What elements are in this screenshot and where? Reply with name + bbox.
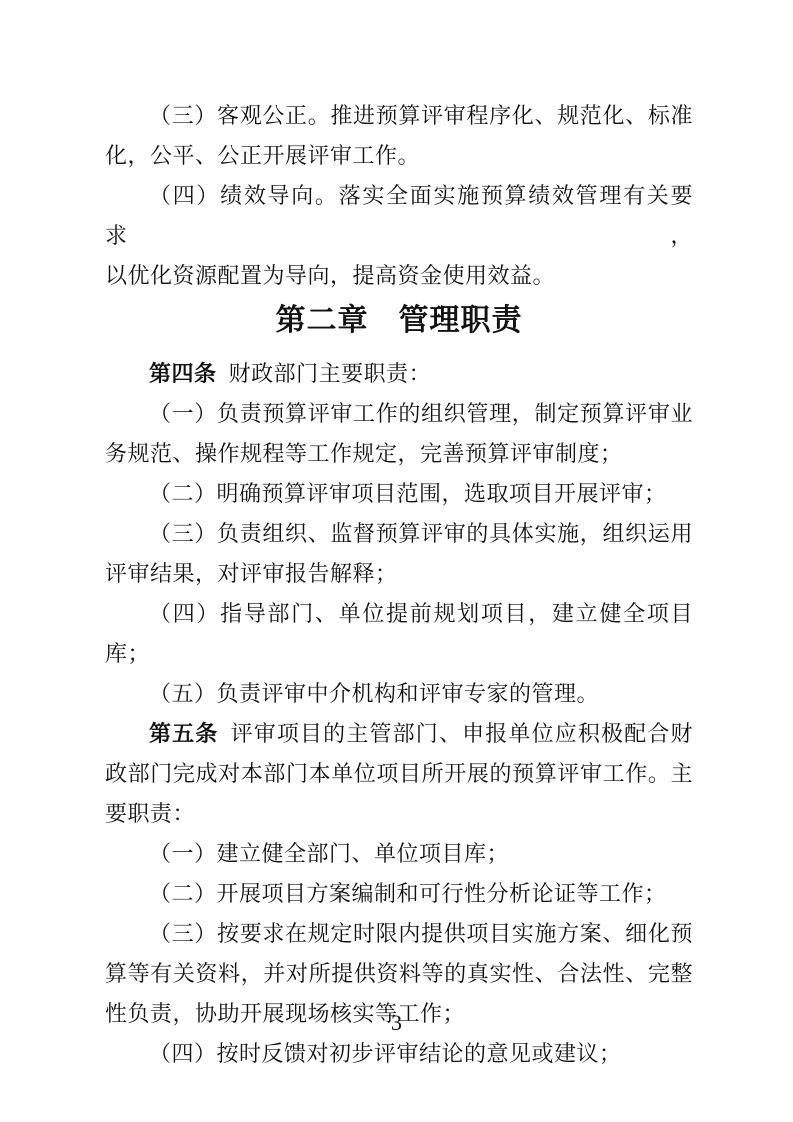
article-number: 第五条 (149, 721, 218, 746)
text-line: 要职责： (105, 794, 693, 834)
text-line: （四）按时反馈对初步评审结论的意见或建议； (105, 1034, 693, 1074)
text-line: 评审结果，对评审报告解释； (105, 554, 693, 594)
chapter-number: 第二章 (276, 304, 369, 337)
text-line: 第四条财政部门主要职责： (105, 354, 693, 394)
text-line: （一）建立健全部门、单位项目库； (105, 834, 693, 874)
text-line: 算等有关资料，并对所提供资料等的真实性、合法性、完整 (105, 954, 693, 994)
text-line: （二）明确预算评审项目范围，选取项目开展评审； (105, 474, 693, 514)
text-line: 以优化资源配置为导向，提高资金使用效益。 (105, 256, 693, 296)
text-line: （四）指导部门、单位提前规划项目，建立健全项目库； (105, 594, 693, 674)
article-number: 第四条 (149, 361, 217, 386)
document-page: （三）客观公正。推进预算评审程序化、规范化、标准化，公平、公正开展评审工作。（四… (0, 0, 793, 1122)
text-line: （二）开展项目方案编制和可行性分析论证等工作； (105, 874, 693, 914)
text-line: （三）客观公正。推进预算评审程序化、规范化、标准 (105, 96, 693, 136)
text-line: （三）负责组织、监督预算评审的具体实施，组织运用 (105, 514, 693, 554)
text-line: 化，公平、公正开展评审工作。 (105, 136, 693, 176)
page-number: 3 (0, 1008, 793, 1038)
text-line: 政部门完成对本部门本单位项目所开展的预算评审工作。主 (105, 754, 693, 794)
text-line: （一）负责预算评审工作的组织管理，制定预算评审业 (105, 394, 693, 434)
chapter-heading: 第二章管理职责 (105, 296, 693, 346)
text-line: （四）绩效导向。落实全面实施预算绩效管理有关要求， (105, 176, 693, 256)
text-line: 务规范、操作规程等工作规定，完善预算评审制度； (105, 434, 693, 474)
text-line: （三）按要求在规定时限内提供项目实施方案、细化预 (105, 914, 693, 954)
text-line: 第五条评审项目的主管部门、申报单位应积极配合财 (105, 714, 693, 754)
text-line: （五）负责评审中介机构和评审专家的管理。 (105, 674, 693, 714)
chapter-title: 管理职责 (399, 304, 523, 337)
document-body: （三）客观公正。推进预算评审程序化、规范化、标准化，公平、公正开展评审工作。（四… (105, 96, 693, 1074)
